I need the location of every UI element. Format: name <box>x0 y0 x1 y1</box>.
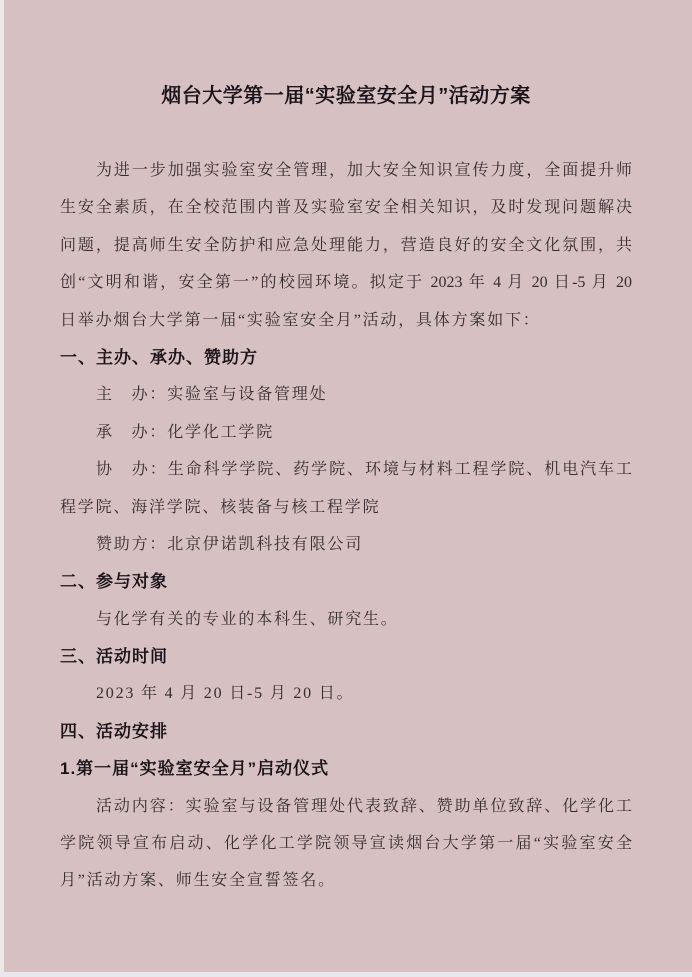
paragraph-line: 学院领导宣布启动、化学化工学院领导宣读烟台大学第一届“实验室安全 <box>60 825 632 862</box>
paragraph-line: 月”活动方案、师生安全宣誓签名。 <box>60 862 632 899</box>
organizer-coorganizer-line: 程学院、海洋学院、核装备与核工程学院 <box>60 489 632 526</box>
paragraph-line: 创“文明和谐，安全第一”的校园环境。拟定于 2023 年 4 月 20 日-5 … <box>60 264 632 301</box>
document-body: 为进一步加强实验室安全管理，加大安全知识宣传力度，全面提升师 生安全素质，在全校… <box>60 152 632 900</box>
paragraph-line: 为进一步加强实验室安全管理，加大安全知识宣传力度，全面提升师 <box>60 152 632 189</box>
organizer-undertaker-line: 承 办：化学化工学院 <box>60 414 632 451</box>
paragraph-line: 活动内容：实验室与设备管理处代表致辞、赞助单位致辞、化学化工 <box>60 788 632 825</box>
participants-line: 与化学有关的专业的本科生、研究生。 <box>60 601 632 638</box>
section-heading-schedule: 四、活动安排 <box>60 713 632 750</box>
organizer-sponsor-line: 赞助方：北京伊诺凯科技有限公司 <box>60 526 632 563</box>
scan-edge-bottom <box>0 972 692 977</box>
paragraph-line: 日举办烟台大学第一届“实验室安全月”活动，具体方案如下： <box>60 302 632 339</box>
paragraph-line: 生安全素质，在全校范围内普及实验室安全相关知识，及时发现问题解决 <box>60 189 632 226</box>
document-content: 烟台大学第一届“实验室安全月”活动方案 为进一步加强实验室安全管理，加大安全知识… <box>0 84 692 900</box>
doc-title: 烟台大学第一届“实验室安全月”活动方案 <box>60 84 632 108</box>
section-heading-time: 三、活动时间 <box>60 638 632 675</box>
organizer-coorganizer-line: 协 办：生命科学学院、药学院、环境与材料工程学院、机电汽车工 <box>60 451 632 488</box>
section-heading-participants: 二、参与对象 <box>60 563 632 600</box>
document-page: 烟台大学第一届“实验室安全月”活动方案 为进一步加强实验室安全管理，加大安全知识… <box>0 0 692 977</box>
activity-time-line: 2023 年 4 月 20 日-5 月 20 日。 <box>60 675 632 712</box>
subsection-heading-launch: 1.第一届“实验室安全月”启动仪式 <box>60 750 632 787</box>
paragraph-line: 问题，提高师生安全防护和应急处理能力，营造良好的安全文化氛围，共 <box>60 227 632 264</box>
organizer-host-line: 主 办：实验室与设备管理处 <box>60 376 632 413</box>
section-heading-organizers: 一、主办、承办、赞助方 <box>60 339 632 376</box>
